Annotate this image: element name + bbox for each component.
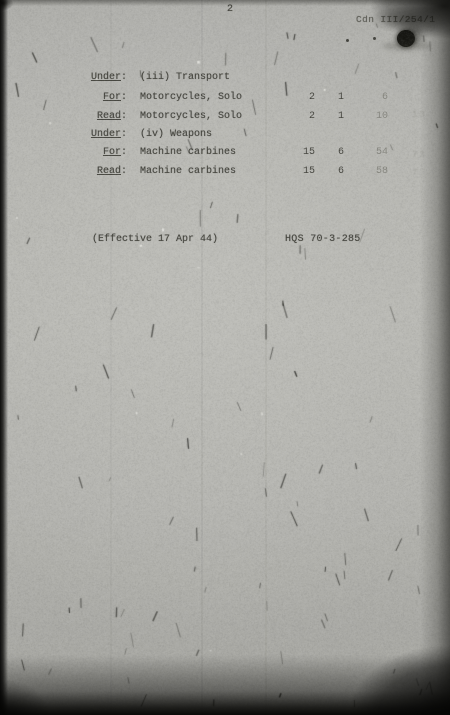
row-value-3: 54: [360, 147, 388, 158]
vignette-overlay: [0, 0, 450, 715]
bleedthrough-mark: 7: [412, 168, 419, 178]
bleedthrough-mark: 13: [412, 110, 427, 120]
bleedthrough-mark: 73: [412, 150, 427, 160]
crease-line: [265, 0, 267, 715]
row-value-3: 10: [360, 111, 388, 122]
row-label: Read:: [70, 166, 127, 177]
file-reference: HQS 70-3-285: [285, 234, 361, 245]
row-value-1: 2: [287, 111, 315, 122]
film-grain-layer: [0, 0, 450, 715]
row-description: (iv) Weapons: [140, 129, 212, 140]
row-label: Under:: [70, 129, 127, 140]
row-value-2: 1: [318, 111, 344, 122]
ink-smear: [382, 42, 430, 50]
amendment-row: Under: (iv) Weapons: [0, 129, 450, 142]
row-value-2: 6: [318, 166, 344, 177]
ink-speck: [346, 39, 349, 42]
row-label: For:: [70, 147, 127, 158]
amendment-row: Read: Machine carbines 15 6 58: [0, 166, 450, 179]
row-description: Machine carbines: [140, 147, 236, 158]
crease-line: [110, 0, 112, 715]
row-description: Motorcycles, Solo: [140, 92, 242, 103]
row-label: For:: [70, 92, 127, 103]
effective-date: (Effective 17 Apr 44): [92, 234, 218, 245]
row-value-1: 2: [287, 92, 315, 103]
page-number: 2: [227, 4, 233, 15]
row-description: (iii) Transport: [140, 72, 230, 83]
row-label: Read:: [70, 111, 127, 122]
amendment-row: For: Machine carbines 15 6 54: [0, 147, 450, 160]
row-value-3: 58: [360, 166, 388, 177]
row-value-2: 6: [318, 147, 344, 158]
row-description: Motorcycles, Solo: [140, 111, 242, 122]
row-label: Under:: [70, 72, 127, 83]
scanned-document-page: 2 Cdn III/254/1 Under: (iii) Transport F…: [0, 0, 450, 715]
row-value-1: 15: [287, 147, 315, 158]
row-description: Machine carbines: [140, 166, 236, 177]
row-value-2: 1: [318, 92, 344, 103]
amendment-row: For: Motorcycles, Solo 2 1 6: [0, 92, 450, 105]
document-reference: Cdn III/254/1: [356, 14, 435, 25]
ink-speck: [373, 37, 376, 40]
row-value-3: 6: [360, 92, 388, 103]
amendment-row: Under: (iii) Transport: [0, 72, 450, 85]
crease-line: [201, 0, 203, 715]
amendment-row: Read: Motorcycles, Solo 2 1 10: [0, 111, 450, 124]
row-value-1: 15: [287, 166, 315, 177]
